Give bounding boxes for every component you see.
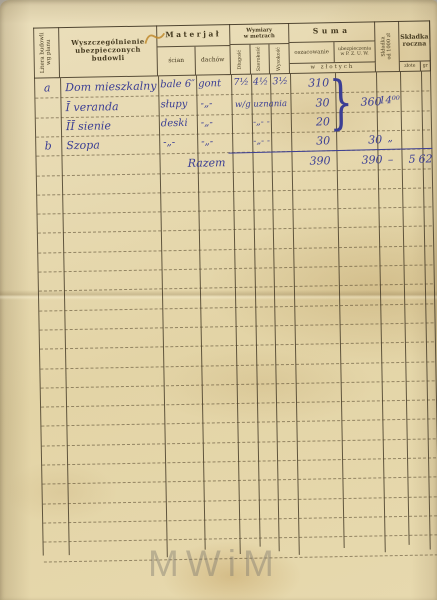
row-dachow: -„- <box>200 99 212 109</box>
row-scian: -„- <box>163 138 175 148</box>
header-material-scian: ścian <box>157 47 196 77</box>
row-dachow: gont <box>198 79 221 89</box>
row-litera: a <box>36 82 58 93</box>
total-skladka: – <box>378 154 402 165</box>
row-oszacowanie: 30 <box>290 97 329 109</box>
total-oszacowanie: 390 <box>291 155 330 167</box>
row-dim: 3½ <box>270 77 290 87</box>
aged-paper-sheet: Litera budowliwg planu Wyszczególnienieu… <box>0 0 437 600</box>
row-dims: -„- - <box>232 118 291 128</box>
ink-brace: } <box>328 71 353 133</box>
header-material: Materjał <box>157 24 230 47</box>
row-scian: deski <box>161 119 188 129</box>
row-litera: b <box>37 140 59 151</box>
header-litera-label: Litera budowliwg planu <box>39 32 52 73</box>
row-scian: bale 6″ <box>160 80 195 91</box>
total-label: Razem <box>182 157 232 169</box>
header-zlote: złote <box>400 62 421 72</box>
insurance-form-table: Litera budowliwg planu Wyszczególnienieu… <box>33 20 437 560</box>
header-material-dachow: dachów <box>195 46 231 76</box>
row-name: Dom mieszkalny <box>65 80 156 93</box>
row-skladka: „ <box>378 134 402 144</box>
row-oszacowanie: 30 <box>291 135 330 147</box>
header-szerokosc: Szerokość <box>250 44 270 74</box>
column-rule <box>158 76 168 557</box>
total-ubezpieczenia: 390 <box>340 154 382 166</box>
row-dim: 7½ <box>231 78 251 88</box>
header-wymiary: Wymiaryw metrach <box>230 23 289 45</box>
row-skladka: 14⁰⁰ <box>377 96 401 106</box>
check-mark-icon <box>143 29 165 46</box>
row-name: ĪĪ sienie <box>66 120 111 132</box>
total-gr: 62 <box>414 153 436 164</box>
header-suma: Suma <box>289 21 375 43</box>
row-dachow: -„- <box>201 118 213 128</box>
header-wysokosc: Wysokość <box>269 44 290 74</box>
row-name: Szopa <box>66 139 100 151</box>
row-oszacowanie: 310 <box>290 77 329 89</box>
row-ubezpieczenia: 30 <box>340 134 382 146</box>
watermark-text: MWiM <box>148 543 281 585</box>
row-dims: w/g uznania <box>231 100 290 110</box>
row-name: Ī veranda <box>65 101 118 113</box>
header-skladka-1000: Składkaod 1000 zł <box>375 21 400 72</box>
header-ubezpieczenia: ubezpieczeniaw P. Z. U. W. <box>334 41 375 63</box>
header-dlugosc: Długość <box>230 45 251 75</box>
row-oszacowanie: 20 <box>291 116 330 128</box>
header-litera: Litera budowliwg planu <box>33 27 60 78</box>
row-dim: 4½ <box>251 77 270 87</box>
table-right-border <box>429 20 437 552</box>
row-scian: słupy <box>160 100 187 110</box>
row-dachow: -„- <box>201 137 213 147</box>
row-dims: -„- - <box>232 137 291 147</box>
header-skladka-roczna: Składkaroczna <box>399 20 431 62</box>
header-oszacowanie: oszacowanie <box>289 42 334 64</box>
